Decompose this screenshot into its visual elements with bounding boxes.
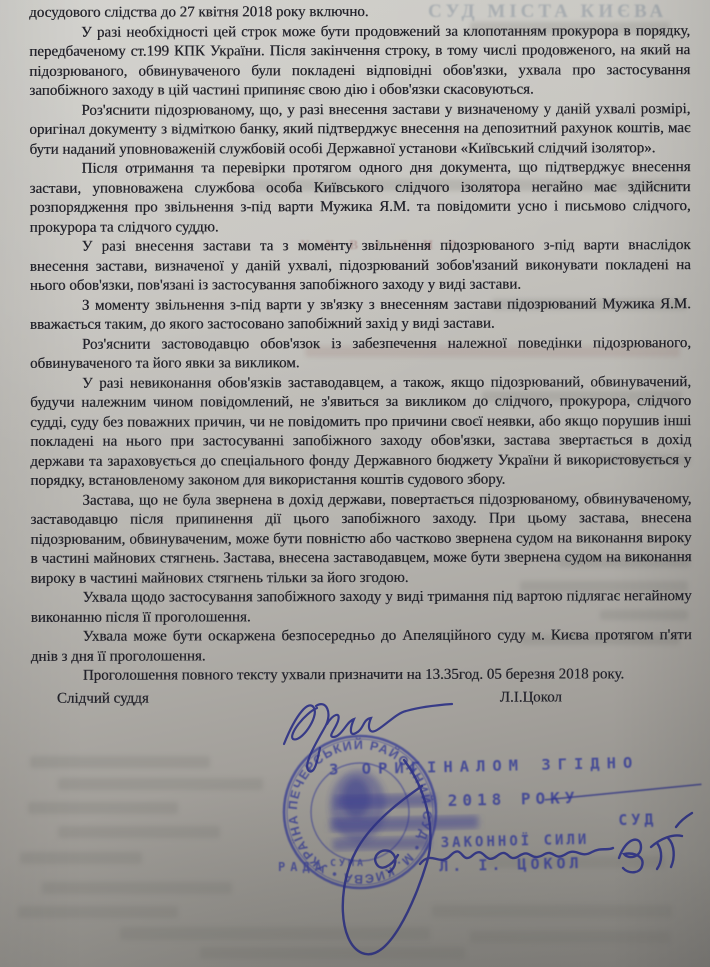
bleedthrough-smudge (58, 826, 220, 838)
bleedthrough-smudge (30, 756, 210, 768)
bleedthrough-smudge (485, 856, 665, 868)
bleedthrough-smudge (28, 802, 178, 814)
paragraph: Роз'яснити застоводавцю обов'язок із заб… (30, 334, 691, 375)
paragraph: У разі внесення застави та з моменту зві… (30, 236, 691, 296)
seal-fragment-suma: СУМА (330, 858, 366, 869)
seal-emblem-smudge (330, 770, 386, 842)
bleedthrough-smudge (470, 931, 670, 943)
bleedthrough-smudge (20, 852, 142, 864)
stamp-line-legal-force: ЗАКОННОЇ СИЛИ (441, 831, 590, 851)
paragraph: досудового слідства до 27 квітня 2018 ро… (29, 2, 690, 23)
paragraph: Ухвала може бути оскаржена безпосередньо… (31, 626, 692, 667)
judge-name: Л.І.Цокол (500, 688, 562, 708)
paragraph: Після отримання та перевірки протягом од… (29, 158, 690, 238)
paragraph: У разі необхідності цей строк може бути … (29, 22, 690, 102)
paragraph: Роз'яснити підозрюваному, що, у разі вне… (29, 100, 690, 160)
ruling-text-block: досудового слідства до 27 квітня 2018 ро… (29, 2, 692, 709)
bleedthrough-smudge (200, 947, 465, 959)
judge-signature (284, 704, 452, 772)
paragraph: З моменту звільнення з-під варти у зв'яз… (30, 295, 691, 336)
stamp-line-year: 2018 РОКУ (448, 788, 580, 810)
bleedthrough-smudge (18, 906, 178, 918)
paragraph: Застава, що не була звернена в дохід дер… (30, 490, 691, 589)
judge-role-label: Слідчий суддя (57, 689, 149, 709)
bleedthrough-smudge (120, 927, 430, 940)
signature-row: Слідчий суддя Л.І.Цокол (31, 688, 692, 709)
paragraph: У разі невиконання обов'язків заставодав… (30, 373, 691, 492)
paragraph: Ухвала щодо застосування запобіжного зах… (31, 587, 692, 628)
paragraph: Проголошення повного тексту ухвали призн… (31, 665, 692, 686)
seal-fragment-rada: РАДА (278, 860, 327, 874)
bleedthrough-smudge (42, 882, 232, 894)
bleedthrough-smudge (58, 778, 263, 790)
stamp-line-court: СУД (618, 810, 657, 829)
stamp-line-original: З ОРИГІНАЛОМ ЗГІДНО (329, 754, 640, 779)
bleedthrough-smudge (432, 905, 672, 917)
document-photo: СУД МІСТА КИЄВА У Х В А Л И В : досудово… (0, 0, 710, 967)
